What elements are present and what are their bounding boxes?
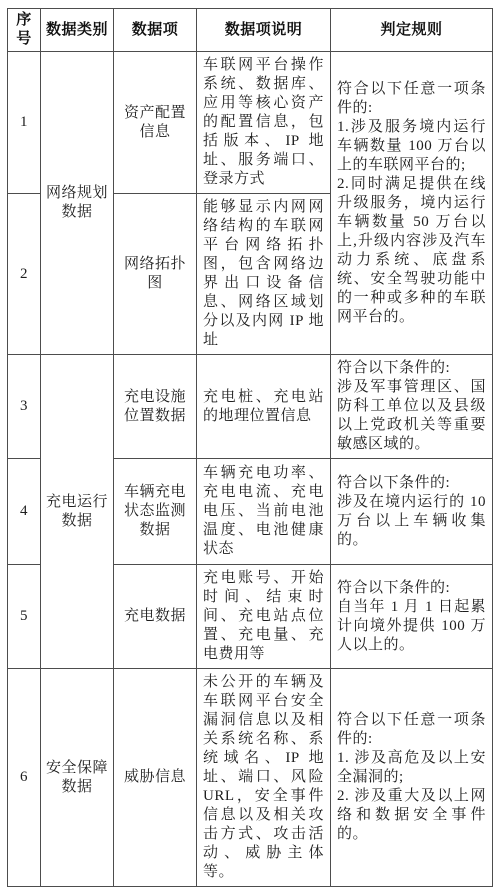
table-row: 3 充电运行数据 充电设施位置数据 充电桩、充电站的地理位置信息 符合以下条件的… xyxy=(8,355,493,459)
seq-cell: 6 xyxy=(8,669,41,887)
rule-cell: 符合以下条件的: 涉及军事管理区、国防科工单位以及县级以上党政机关等重要敏感区域… xyxy=(331,355,493,459)
document-page: 序号 数据类别 数据项 数据项说明 判定规则 1 网络规划数据 资产配置信息 车… xyxy=(0,0,500,780)
item-cell: 充电数据 xyxy=(114,565,197,669)
description-cell: 充电账号、开始时间、结束时间、充电站点位置、充电量、充电费用等 xyxy=(197,565,331,669)
seq-cell: 2 xyxy=(8,194,41,355)
description-cell: 未公开的车辆及车联网平台安全漏洞信息以及相关系统名称、系统域名、IP 地址、端口… xyxy=(197,669,331,887)
rule-cell: 符合以下任意一项条件的: 1. 涉及高危及以上安全漏洞的; 2. 涉及重大及以上… xyxy=(331,669,493,887)
rule-cell: 符合以下条件的: 自当年 1 月 1 日起累计向境外提供 100 万人以上的。 xyxy=(331,565,493,669)
item-cell: 资产配置信息 xyxy=(114,52,197,194)
description-cell: 能够显示内网网络结构的车联网平台网络拓扑图，包含网络边界出口设备信息、网络区域划… xyxy=(197,194,331,355)
category-cell-network-planning: 网络规划数据 xyxy=(41,52,114,355)
table-header-row: 序号 数据类别 数据项 数据项说明 判定规则 xyxy=(8,9,493,52)
header-item: 数据项 xyxy=(114,9,197,52)
table-row: 1 网络规划数据 资产配置信息 车联网平台操作系统、数据库、应用等核心资产的配置… xyxy=(8,52,493,194)
header-seq: 序号 xyxy=(8,9,41,52)
rule-cell: 符合以下条件的: 涉及在境内运行的 10 万台以上车辆收集的。 xyxy=(331,459,493,565)
category-cell-security-assurance: 安全保障数据 xyxy=(41,669,114,887)
item-cell: 网络拓扑图 xyxy=(114,194,197,355)
item-cell: 充电设施位置数据 xyxy=(114,355,197,459)
data-classification-table: 序号 数据类别 数据项 数据项说明 判定规则 1 网络规划数据 资产配置信息 车… xyxy=(7,8,493,887)
seq-cell: 4 xyxy=(8,459,41,565)
description-cell: 车辆充电功率、充电电流、充电电压、当前电池温度、电池健康状态 xyxy=(197,459,331,565)
header-category: 数据类别 xyxy=(41,9,114,52)
description-cell: 车联网平台操作系统、数据库、应用等核心资产的配置信息，包括版本、IP 地址、服务… xyxy=(197,52,331,194)
seq-cell: 3 xyxy=(8,355,41,459)
seq-cell: 5 xyxy=(8,565,41,669)
item-cell: 车辆充电状态监测数据 xyxy=(114,459,197,565)
seq-cell: 1 xyxy=(8,52,41,194)
header-description: 数据项说明 xyxy=(197,9,331,52)
table-row: 6 安全保障数据 威胁信息 未公开的车辆及车联网平台安全漏洞信息以及相关系统名称… xyxy=(8,669,493,887)
category-cell-charging-operation: 充电运行数据 xyxy=(41,355,114,669)
header-rule: 判定规则 xyxy=(331,9,493,52)
rule-cell: 符合以下任意一项条件的: 1.涉及服务境内运行车辆数量 100 万台以上的车联网… xyxy=(331,52,493,355)
item-cell: 威胁信息 xyxy=(114,669,197,887)
description-cell: 充电桩、充电站的地理位置信息 xyxy=(197,355,331,459)
